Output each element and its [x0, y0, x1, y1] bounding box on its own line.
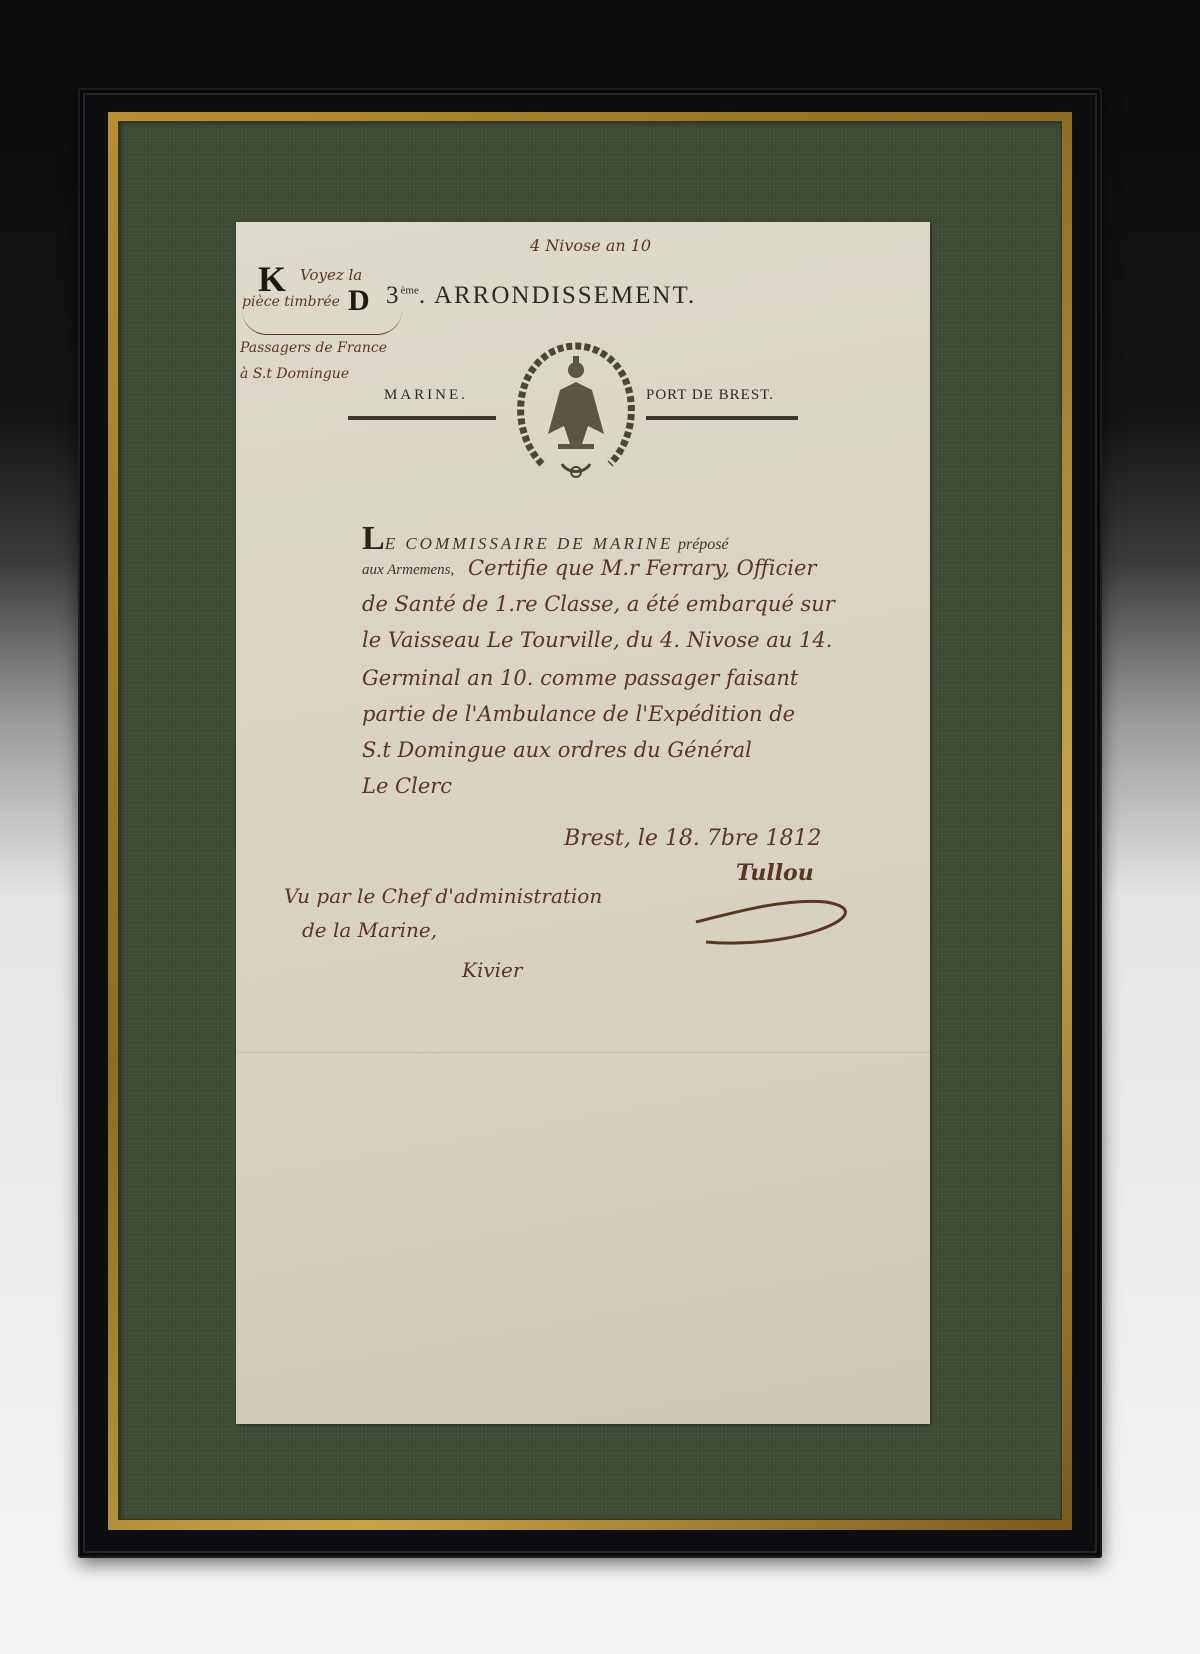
drop-cap-l: L	[362, 520, 385, 557]
printed-heading: LE COMMISSAIRE DE MARINE préposé	[362, 520, 729, 558]
vu-line-1: Vu par le Chef d'administration	[284, 884, 602, 908]
body-line-7: Le Clerc	[362, 774, 452, 798]
arrondissement-number: 3	[386, 282, 401, 309]
body-line-3: le Vaisseau Le Tourville, du 4. Nivose a…	[362, 628, 832, 652]
aux-armemens-label: aux Armemens,	[362, 562, 454, 579]
body-line-4: Germinal an 10. comme passager faisant	[362, 666, 798, 690]
marine-label: MARINE.	[384, 387, 468, 404]
imperial-eagle-laurel-wreath-icon	[512, 334, 640, 482]
prepose-label: préposé	[678, 536, 729, 553]
signature-flourish	[676, 872, 906, 962]
left-rule	[348, 416, 496, 420]
margin-note-domingue: à S.t Domingue	[240, 366, 349, 382]
port-de-brest-label: PORT DE BREST.	[646, 387, 774, 404]
right-rule	[646, 416, 798, 420]
date-line: Brest, le 18. 7bre 1812	[564, 826, 821, 851]
paper-fold	[236, 1052, 930, 1053]
header-letter-d: D	[348, 284, 370, 318]
body-line-6: S.t Domingue aux ordres du Général	[362, 738, 752, 762]
commissaire-heading: E COMMISSAIRE DE MARINE	[385, 534, 674, 553]
body-line-1: Certifie que M.r Ferrary, Officier	[468, 556, 816, 580]
top-annotation: 4 Nivose an 10	[530, 236, 651, 255]
margin-bracket	[242, 310, 402, 335]
margin-note-passage: Passagers de France	[240, 340, 387, 356]
arrondissement-label: . ARRONDISSEMENT.	[419, 282, 696, 309]
vu-line-2: de la Marine,	[302, 918, 437, 942]
document-sheet: 4 Nivose an 10 K Voyez la pièce timbrée …	[236, 222, 930, 1424]
body-line-2: de Santé de 1.re Classe, a été embarqué …	[362, 592, 835, 616]
margin-note-voyez: Voyez la	[300, 266, 362, 284]
arrondissement-suffix: ème	[401, 285, 419, 297]
body-line-5: partie de l'Ambulance de l'Expédition de	[362, 702, 795, 726]
arrondissement-title: 3ème. ARRONDISSEMENT.	[386, 282, 696, 310]
margin-note-piece: pièce timbrée	[242, 294, 340, 310]
signature-kivier: Kivier	[462, 958, 522, 982]
